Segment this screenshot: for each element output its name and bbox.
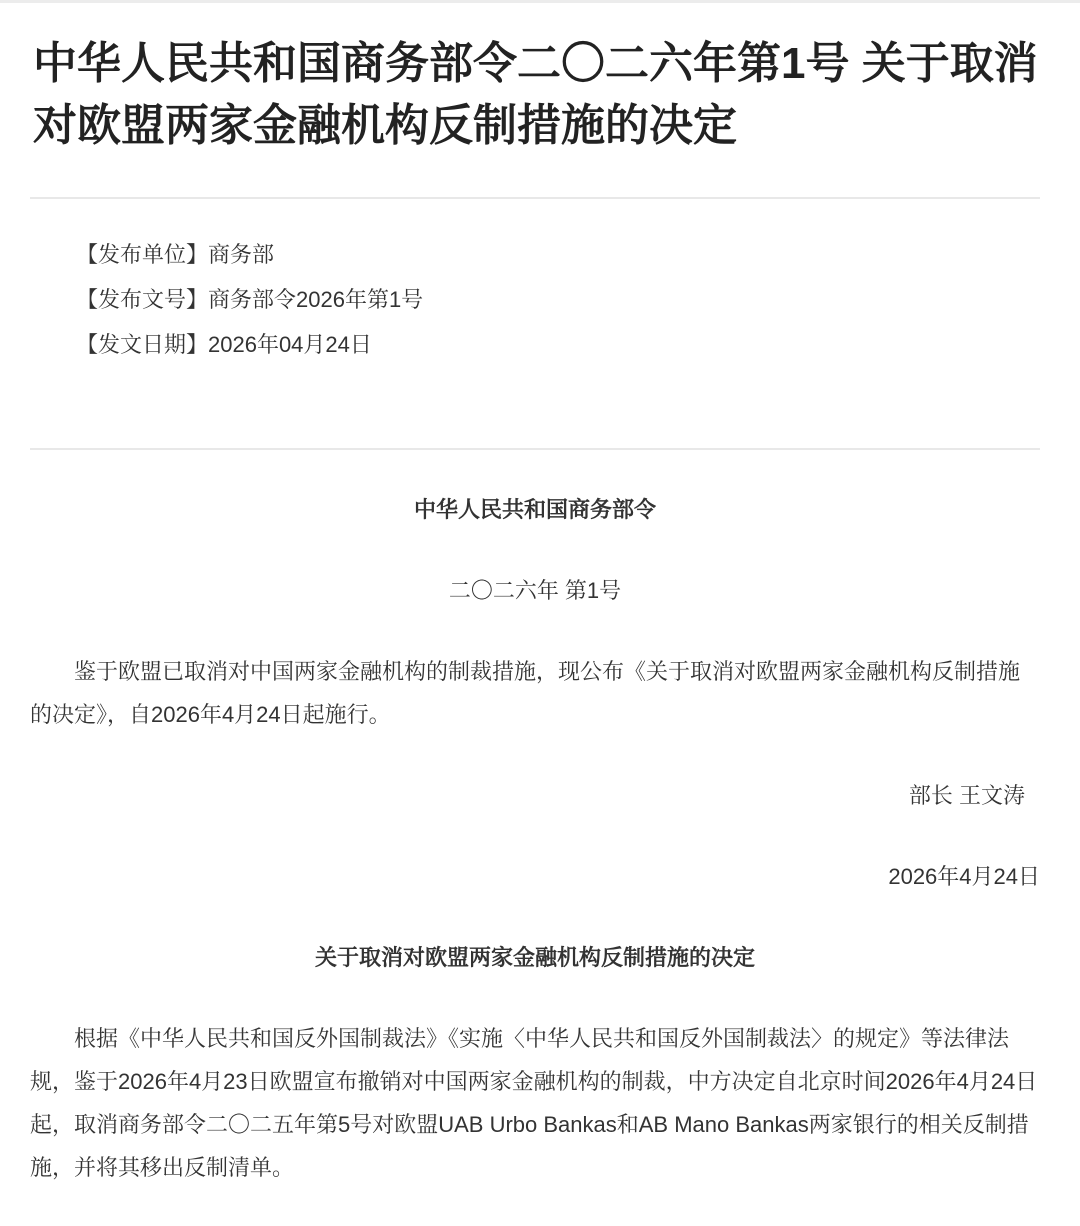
paragraph-preamble: 鉴于欧盟已取消对中国两家金融机构的制裁措施，现公布《关于取消对欧盟两家金融机构反… bbox=[30, 650, 1040, 736]
paragraph-decision: 根据《中华人民共和国反外国制裁法》《实施〈中华人民共和国反外国制裁法〉的规定》等… bbox=[30, 1017, 1040, 1189]
signature-date: 2026年4月24日 bbox=[30, 855, 1040, 898]
decree-heading: 中华人民共和国商务部令 bbox=[30, 488, 1040, 531]
decree-number: 二〇二六年 第1号 bbox=[30, 569, 1040, 612]
divider-meta bbox=[30, 448, 1040, 450]
meta-issuer: 【发布单位】商务部 bbox=[76, 232, 1040, 277]
signature-minister: 部长 王文涛 bbox=[30, 774, 1040, 817]
top-edge-strip bbox=[0, 0, 1080, 3]
page-title: 中华人民共和国商务部令二〇二六年第1号 关于取消对欧盟两家金融机构反制措施的决定 bbox=[33, 33, 1040, 157]
decision-heading: 关于取消对欧盟两家金融机构反制措施的决定 bbox=[30, 936, 1040, 979]
divider-top bbox=[30, 197, 1040, 199]
article-body: 中华人民共和国商务部令 二〇二六年 第1号 鉴于欧盟已取消对中国两家金融机构的制… bbox=[30, 488, 1040, 1189]
document-page: 中华人民共和国商务部令二〇二六年第1号 关于取消对欧盟两家金融机构反制措施的决定… bbox=[0, 0, 1080, 1226]
meta-document-number: 【发布文号】商务部令2026年第1号 bbox=[76, 277, 1040, 322]
metadata-block: 【发布单位】商务部 【发布文号】商务部令2026年第1号 【发文日期】2026年… bbox=[76, 232, 1040, 367]
meta-issue-date: 【发文日期】2026年04月24日 bbox=[76, 322, 1040, 367]
